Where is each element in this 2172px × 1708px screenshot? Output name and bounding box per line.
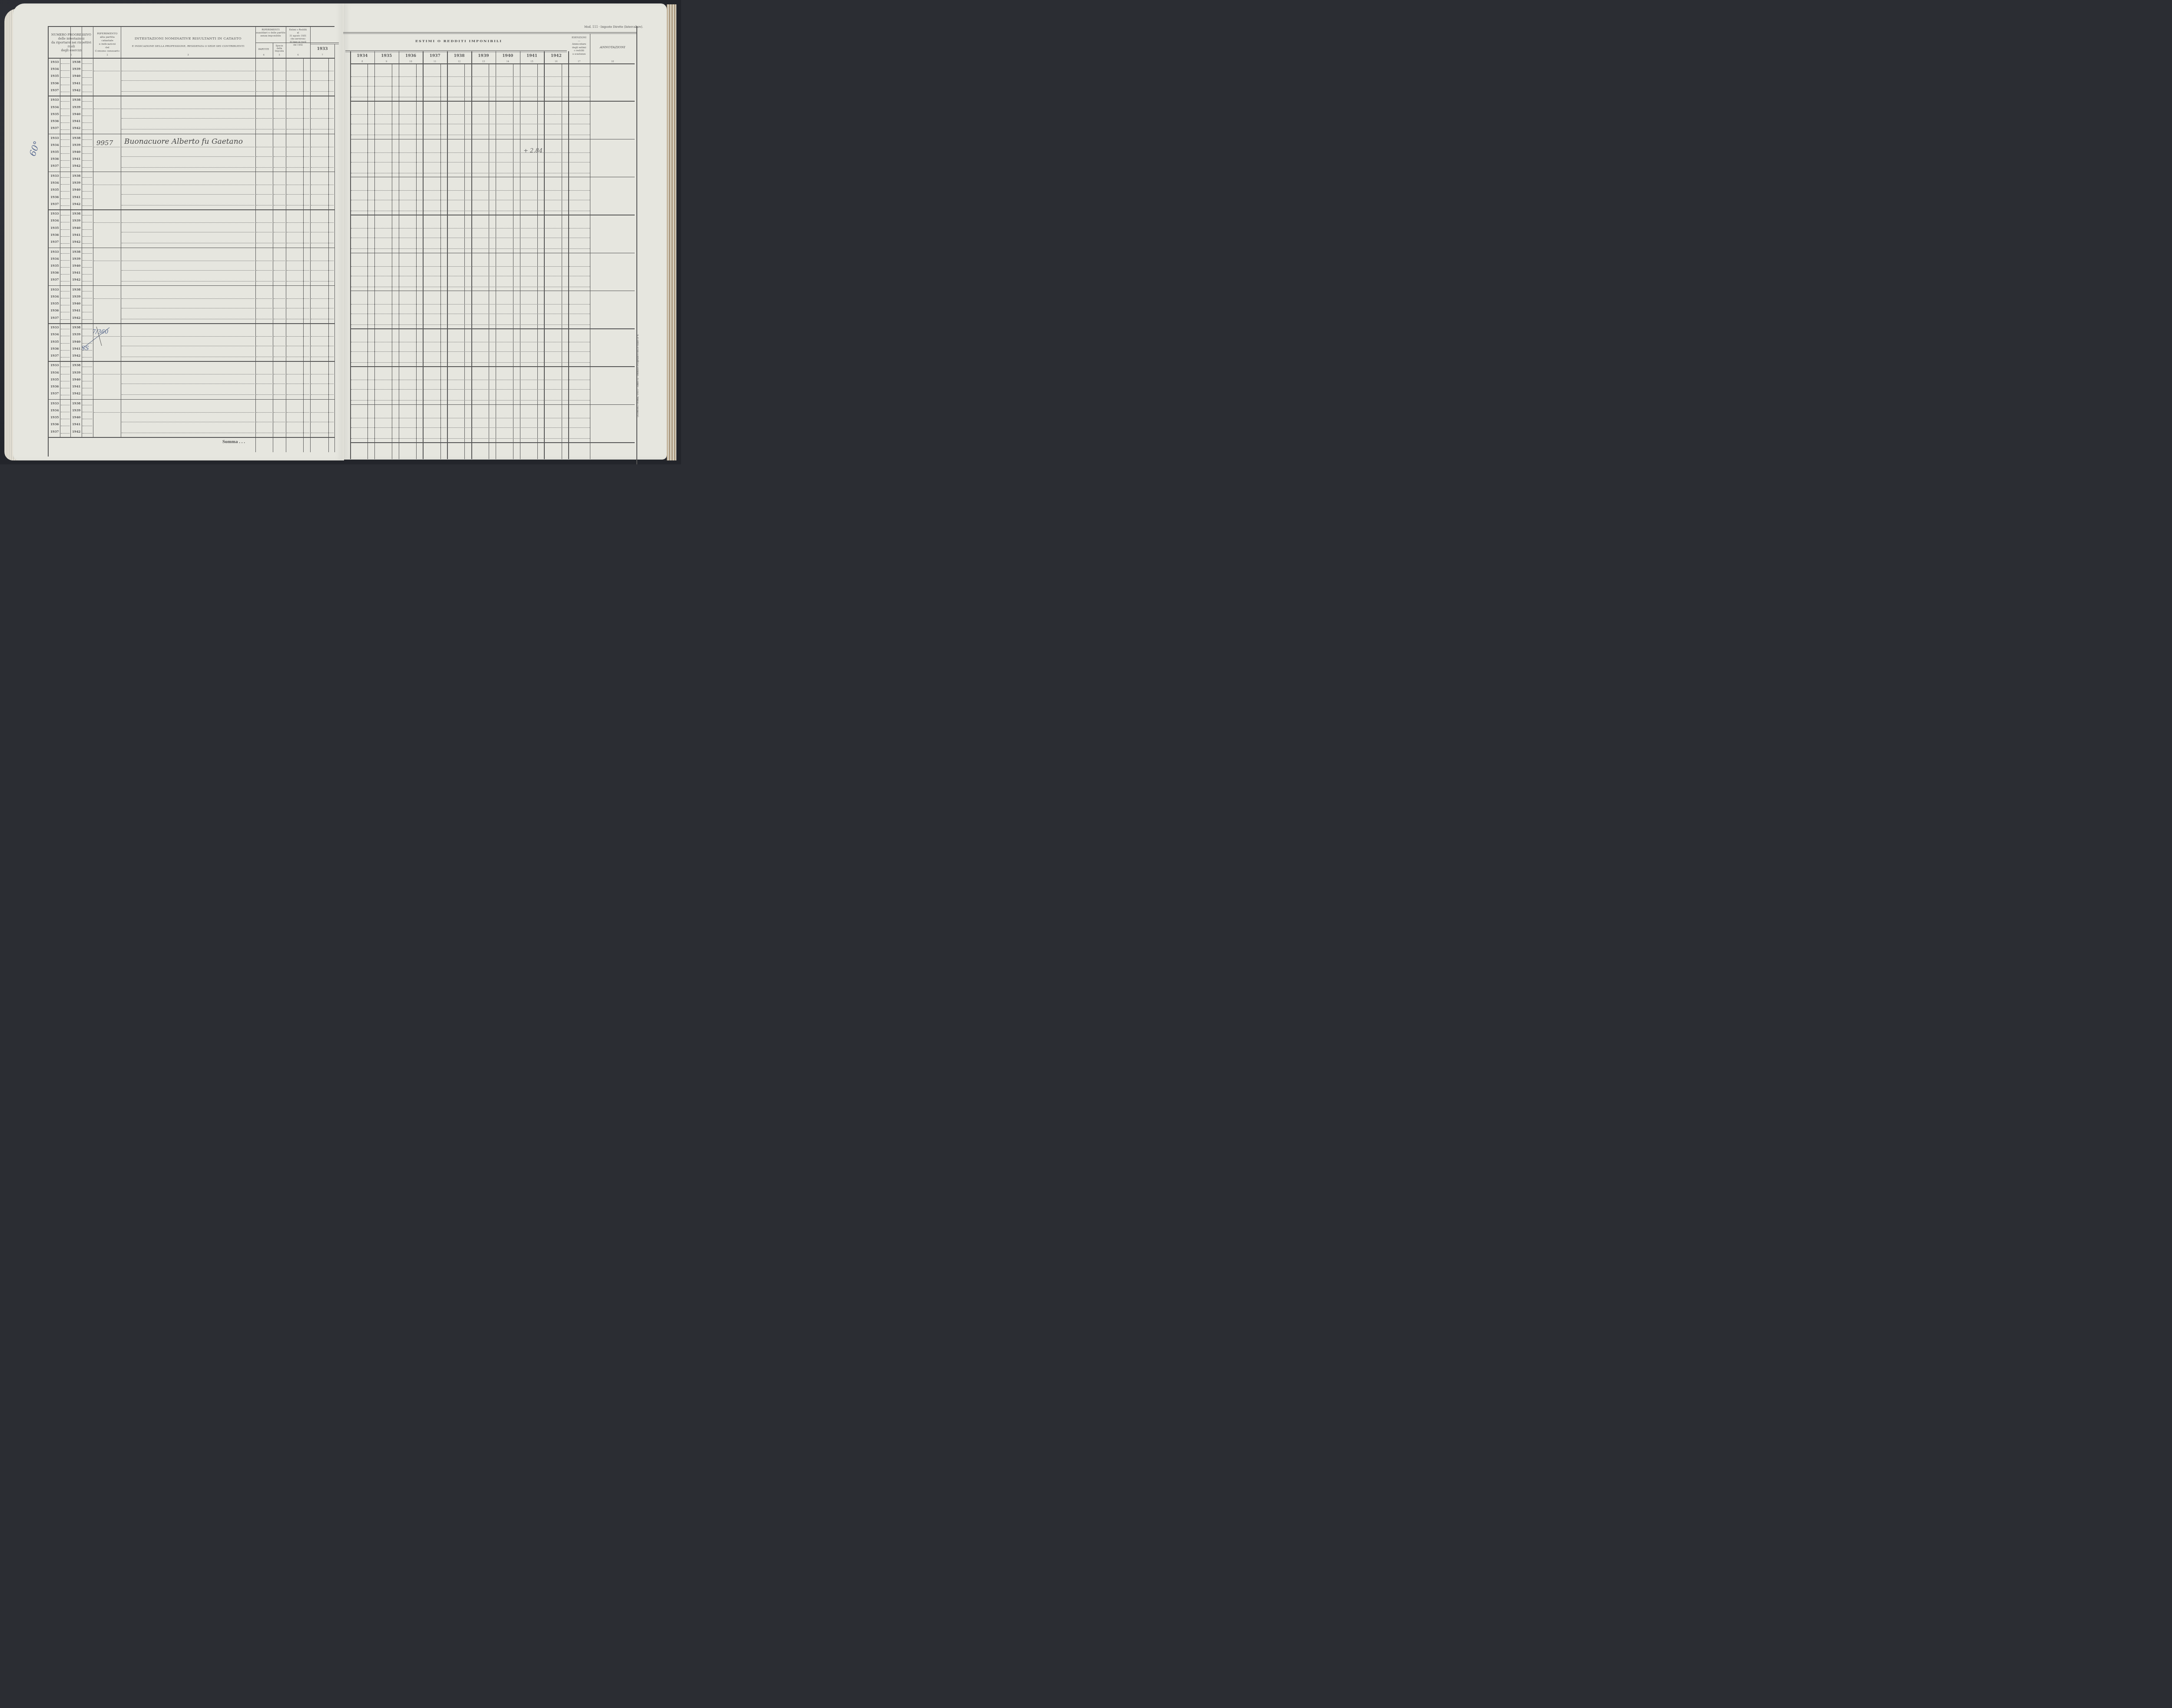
dotted-line: [61, 367, 70, 367]
dotted-line: [61, 92, 70, 92]
dotted-line: [61, 312, 70, 312]
year-label-right: 1939: [72, 181, 80, 185]
year-label-right: 1942: [72, 164, 80, 168]
dotted-line: [311, 422, 334, 422]
dotted-line: [351, 304, 590, 305]
dotted-line: [256, 156, 272, 157]
dotted-line: [311, 205, 334, 205]
dotted-line: [61, 153, 70, 154]
year-label-left: 1934: [50, 257, 59, 261]
year-label-right: 1942: [72, 430, 80, 434]
dotted-line: [274, 308, 285, 308]
column-divider: [310, 26, 311, 452]
dotted-line: [274, 384, 285, 384]
dotted-line: [311, 71, 334, 71]
dotted-line: [83, 177, 92, 178]
dotted-line: [83, 222, 92, 222]
year-label-right: 1941: [72, 308, 80, 312]
row-separator: [48, 361, 334, 362]
year-label-right: 1940: [72, 340, 80, 344]
dotted-line: [122, 308, 255, 308]
dotted-line: [83, 146, 92, 147]
column-number: 16: [544, 60, 568, 63]
year-column-divider: [399, 51, 400, 459]
dotted-line: [94, 109, 120, 109]
dotted-line: [122, 109, 255, 109]
row-separator: [48, 58, 334, 59]
dotted-line: [61, 433, 70, 434]
dotted-line: [274, 422, 285, 422]
column-number: 5: [273, 54, 286, 56]
year-label-left: 1936: [50, 384, 59, 388]
header-intestazioni-title: INTESTAZIONI NOMINATIVE RISULTANTI IN CA…: [122, 36, 255, 40]
year-label-left: 1934: [50, 181, 59, 185]
header-annotazioni: ANNOTAZIONI: [591, 45, 634, 49]
dotted-line: [83, 367, 92, 367]
dotted-line: [83, 153, 92, 154]
header-year-1937: 1937: [423, 54, 447, 58]
dotted-line: [61, 139, 70, 140]
right-border: [636, 26, 637, 464]
dotted-line: [61, 63, 70, 64]
header-line: o redditi: [568, 50, 590, 53]
year-label-right: 1941: [72, 81, 80, 85]
dotted-line: [122, 243, 255, 243]
header-year-1942: 1942: [544, 54, 568, 58]
header-esenzioni: ESENZIONI — Ammontare degli estimi o red…: [568, 36, 590, 56]
dotted-line: [569, 228, 589, 228]
dotted-line: [351, 211, 590, 211]
dotted-line: [83, 267, 92, 268]
header-line: Ammontare: [568, 43, 590, 46]
dotted-line: [256, 394, 272, 395]
dotted-line: [61, 129, 70, 130]
year-label-right: 1941: [72, 157, 80, 161]
column-divider: [70, 26, 71, 437]
row-separator: [350, 404, 635, 405]
year-label-right: 1938: [72, 60, 80, 64]
header-year-1936: 1936: [399, 54, 423, 58]
dotted-line: [94, 185, 120, 185]
dotted-line: [311, 91, 334, 92]
year-label-left: 1935: [50, 188, 59, 192]
year-label-left: 1936: [50, 81, 59, 85]
header-year-1941: 1941: [520, 54, 544, 58]
dotted-line: [287, 232, 309, 232]
dotted-line: [122, 336, 255, 337]
dotted-line: [256, 308, 272, 308]
row-separator: [48, 248, 334, 248]
year-label-right: 1941: [72, 271, 80, 275]
header-estimi-1931: Estimi o Redditi al 31 agosto 1931 che s…: [286, 29, 310, 47]
year-label-left: 1934: [50, 143, 59, 147]
dotted-line: [351, 380, 590, 380]
dotted-line: [311, 346, 334, 346]
form-model-label: Mod. 111 - Imposte Dirette (Intercalare)…: [584, 25, 643, 29]
dotted-line: [274, 270, 285, 271]
dotted-line: [287, 118, 309, 119]
dotted-line: [83, 433, 92, 434]
row-separator: [350, 366, 635, 367]
header-line: 31 agosto 1931: [286, 35, 310, 38]
year-label-left: 1934: [50, 218, 59, 222]
year-column-divider: [544, 51, 545, 459]
dotted-line: [287, 80, 309, 81]
header-riferimento: RIFERIMENTO alla partita catastale e ind…: [94, 32, 121, 53]
dotted-line: [256, 270, 272, 271]
year-label-right: 1940: [72, 226, 80, 230]
column-number: 3: [122, 54, 255, 56]
dotted-line: [287, 336, 309, 337]
dotted-line: [256, 194, 272, 195]
dotted-line: [256, 205, 272, 205]
dotted-line: [83, 395, 92, 395]
row-separator: [48, 285, 334, 286]
year-label-left: 1936: [50, 119, 59, 123]
year-label-right: 1938: [72, 212, 80, 215]
dotted-line: [61, 329, 70, 329]
decimal-divider: [416, 63, 417, 459]
year-label-right: 1939: [72, 371, 80, 374]
year-label-left: 1937: [50, 202, 59, 206]
dotted-line: [256, 147, 272, 147]
year-label-left: 1937: [50, 164, 59, 168]
year-label-left: 1933: [50, 363, 59, 367]
dotted-line: [122, 222, 255, 223]
dotted-line: [61, 350, 70, 351]
year-label-right: 1941: [72, 347, 80, 351]
dotted-line: [287, 394, 309, 395]
decimal-divider: [440, 63, 441, 459]
year-label-left: 1934: [50, 67, 59, 71]
dotted-line: [83, 122, 92, 123]
dotted-line: [351, 400, 590, 401]
column-number: 8: [350, 60, 374, 63]
dotted-line: [569, 380, 589, 380]
dotted-line: [83, 291, 92, 291]
dotted-line: [83, 116, 92, 116]
dotted-line: [274, 118, 285, 119]
dotted-line: [83, 412, 92, 412]
dotted-line: [351, 342, 590, 342]
dotted-line: [61, 267, 70, 268]
dotted-line: [311, 374, 334, 374]
dotted-line: [256, 346, 272, 346]
dotted-line: [61, 109, 70, 109]
year-label-right: 1942: [72, 126, 80, 130]
dotted-line: [569, 152, 589, 153]
year-label-right: 1941: [72, 119, 80, 123]
dotted-line: [83, 70, 92, 71]
year-label-left: 1935: [50, 415, 59, 419]
dotted-line: [274, 357, 285, 357]
header-year-1933: 1933: [310, 47, 334, 51]
dotted-line: [351, 287, 590, 287]
dotted-line: [351, 248, 590, 249]
dotted-line: [83, 199, 92, 199]
dotted-line: [122, 357, 255, 357]
dotted-line: [122, 156, 255, 157]
row-separator: [48, 172, 334, 172]
year-column-divider: [568, 51, 569, 459]
dotted-line: [122, 261, 255, 261]
handwritten-owner-name: Buonacuore Alberto fu Gaetano: [124, 137, 243, 146]
year-column-divider: [496, 51, 497, 459]
dotted-line: [569, 114, 589, 115]
dotted-line: [61, 116, 70, 116]
dotted-line: [122, 129, 255, 129]
dotted-line: [83, 260, 92, 261]
dotted-line: [311, 357, 334, 357]
dotted-line: [61, 85, 70, 85]
dotted-line: [83, 101, 92, 102]
dotted-line: [61, 101, 70, 102]
dotted-line: [61, 426, 70, 426]
handwritten-partita-number: 9957: [96, 139, 113, 147]
dotted-line: [311, 281, 334, 281]
dotted-line: [61, 298, 70, 298]
dotted-line: [274, 232, 285, 232]
dotted-line: [274, 91, 285, 92]
column-number: 7: [310, 54, 334, 56]
book-gutter: [342, 3, 344, 460]
decimal-divider: [489, 63, 489, 459]
dotted-line: [122, 232, 255, 232]
decimal-divider: [562, 63, 562, 459]
dotted-line: [83, 139, 92, 140]
header-line: al: [286, 32, 310, 35]
dotted-line: [287, 319, 309, 319]
dotted-line: [351, 351, 590, 352]
dotted-line: [122, 281, 255, 281]
dotted-line: [61, 336, 70, 336]
header-year-1935: 1935: [374, 54, 399, 58]
dotted-line: [122, 433, 255, 433]
column-number: 2: [94, 54, 121, 56]
dotted-line: [274, 281, 285, 281]
dotted-line: [311, 232, 334, 232]
dotted-line: [256, 129, 272, 129]
year-label-right: 1938: [72, 98, 80, 102]
year-label-left: 1934: [50, 295, 59, 298]
header-title: RIFERIMENTO: [94, 32, 121, 36]
year-label-right: 1942: [72, 354, 80, 357]
year-label-left: 1934: [50, 408, 59, 412]
dotted-line: [274, 129, 285, 129]
dotted-line: [351, 427, 590, 428]
dotted-line: [83, 343, 92, 344]
dotted-line: [311, 412, 334, 413]
dotted-line: [83, 63, 92, 64]
dotted-line: [256, 222, 272, 223]
year-label-left: 1935: [50, 377, 59, 381]
year-label-left: 1936: [50, 195, 59, 199]
dotted-line: [61, 222, 70, 222]
year-label-right: 1941: [72, 422, 80, 426]
dotted-line: [83, 215, 92, 215]
dotted-line: [351, 276, 590, 276]
dotted-line: [311, 185, 334, 185]
decimal-divider: [513, 63, 513, 459]
year-column-divider: [520, 51, 521, 459]
dotted-line: [287, 346, 309, 346]
column-number: 4: [255, 54, 272, 56]
year-label-left: 1936: [50, 422, 59, 426]
dotted-line: [122, 384, 255, 384]
column-number: 13: [471, 60, 496, 63]
dotted-line: [122, 167, 255, 168]
dotted-line: [61, 191, 70, 192]
header-line: e indicazioni: [94, 43, 121, 46]
dotted-line: [274, 261, 285, 261]
dotted-line: [287, 308, 309, 308]
column-number: 10: [399, 60, 423, 63]
header-dash: —: [568, 40, 590, 43]
year-label-right: 1940: [72, 150, 80, 154]
dotted-line: [256, 185, 272, 185]
dotted-line: [274, 167, 285, 168]
dotted-line: [83, 236, 92, 237]
header-line: alla partita catastale: [94, 36, 121, 43]
dotted-line: [256, 422, 272, 422]
dotted-line: [569, 418, 589, 418]
dotted-line: [311, 194, 334, 195]
year-label-left: 1934: [50, 332, 59, 336]
year-label-right: 1939: [72, 143, 80, 147]
header-line: del: [94, 46, 121, 50]
year-label-left: 1933: [50, 288, 59, 291]
header-divider: [255, 43, 310, 43]
dotted-line: [83, 350, 92, 351]
dotted-line: [83, 388, 92, 388]
table-border-top: [48, 26, 334, 27]
row-separator: [48, 134, 334, 135]
year-label-left: 1933: [50, 212, 59, 215]
header-title: ESENZIONI: [568, 36, 590, 40]
column-number: 18: [591, 60, 634, 63]
dotted-line: [274, 336, 285, 337]
header-year-1934: 1934: [350, 54, 374, 58]
dotted-line: [83, 374, 92, 374]
dotted-line: [256, 433, 272, 433]
dotted-line: [83, 129, 92, 130]
dotted-line: [61, 160, 70, 161]
dotted-line: [83, 229, 92, 230]
dotted-line: [274, 205, 285, 205]
column-divider: [286, 26, 286, 452]
header-intestazioni-subtitle: E INDICAZIONE DELLA PROFESSIONE, RESIDEN…: [122, 44, 255, 48]
dotted-line: [94, 374, 120, 374]
dotted-line: [256, 384, 272, 384]
dotted-line: [274, 394, 285, 395]
dotted-line: [256, 281, 272, 281]
year-label-left: 1937: [50, 316, 59, 320]
dotted-line: [61, 412, 70, 412]
dotted-line: [94, 336, 120, 337]
dotted-line: [256, 412, 272, 413]
header-estimi-redditi-imponibili: ESTIMI O REDDITI IMPONIBILI: [350, 39, 567, 43]
year-label-right: 1942: [72, 316, 80, 320]
dotted-line: [274, 80, 285, 81]
dotted-line: [61, 419, 70, 419]
year-label-left: 1937: [50, 278, 59, 281]
dotted-line: [83, 305, 92, 305]
year-header-rule: [345, 50, 567, 52]
dotted-line: [274, 185, 285, 185]
year-label-left: 1935: [50, 340, 59, 344]
dotted-line: [256, 167, 272, 168]
dotted-line: [61, 229, 70, 230]
dotted-line: [122, 270, 255, 271]
header-line: senza imponibile: [255, 35, 286, 38]
dotted-line: [287, 412, 309, 413]
row-separator: [350, 253, 635, 254]
dotted-line: [83, 253, 92, 254]
somma-total-label: Somma . . .: [222, 439, 245, 444]
dotted-line: [83, 405, 92, 405]
dotted-line: [256, 261, 272, 261]
year-label-left: 1935: [50, 226, 59, 230]
dotted-line: [287, 374, 309, 374]
dotted-line: [569, 266, 589, 267]
dotted-line: [83, 167, 92, 168]
year-column-divider: [447, 51, 448, 459]
dotted-line: [256, 298, 272, 299]
dotted-line: [83, 77, 92, 78]
year-label-right: 1939: [72, 67, 80, 71]
year-label-left: 1933: [50, 325, 59, 329]
column-number: 15: [520, 60, 544, 63]
dotted-line: [83, 281, 92, 281]
dotted-line: [351, 114, 590, 115]
dotted-line: [274, 243, 285, 243]
dotted-line: [83, 92, 92, 92]
handwritten-value-1941: + 2.84: [523, 148, 543, 154]
dotted-line: [351, 200, 590, 200]
year-label-right: 1940: [72, 377, 80, 381]
dotted-line: [287, 433, 309, 433]
column-number: 12: [447, 60, 471, 63]
dotted-line: [256, 109, 272, 109]
dotted-line: [61, 243, 70, 244]
dotted-line: [274, 147, 285, 147]
header-line: degli estimi: [568, 46, 590, 50]
dotted-line: [61, 343, 70, 344]
year-label-right: 1942: [72, 278, 80, 281]
dotted-line: [569, 342, 589, 342]
year-label-right: 1942: [72, 202, 80, 206]
column-divider: [93, 26, 93, 437]
right-top-rule: [343, 32, 636, 34]
dotted-line: [83, 243, 92, 244]
dotted-line: [287, 422, 309, 422]
year-label-left: 1935: [50, 264, 59, 268]
table-bottom-rule: [48, 437, 334, 438]
year-label-left: 1937: [50, 240, 59, 244]
header-year-1940: 1940: [496, 54, 520, 58]
dotted-line: [351, 190, 590, 191]
dotted-line: [122, 374, 255, 374]
year-label-right: 1940: [72, 301, 80, 305]
year-label-left: 1933: [50, 250, 59, 254]
dotted-line: [351, 362, 590, 363]
year-label-left: 1937: [50, 88, 59, 92]
row-separator: [350, 328, 635, 329]
dotted-line: [274, 109, 285, 109]
dotted-line: [311, 394, 334, 395]
year-label-left: 1933: [50, 174, 59, 178]
dotted-line: [311, 261, 334, 261]
